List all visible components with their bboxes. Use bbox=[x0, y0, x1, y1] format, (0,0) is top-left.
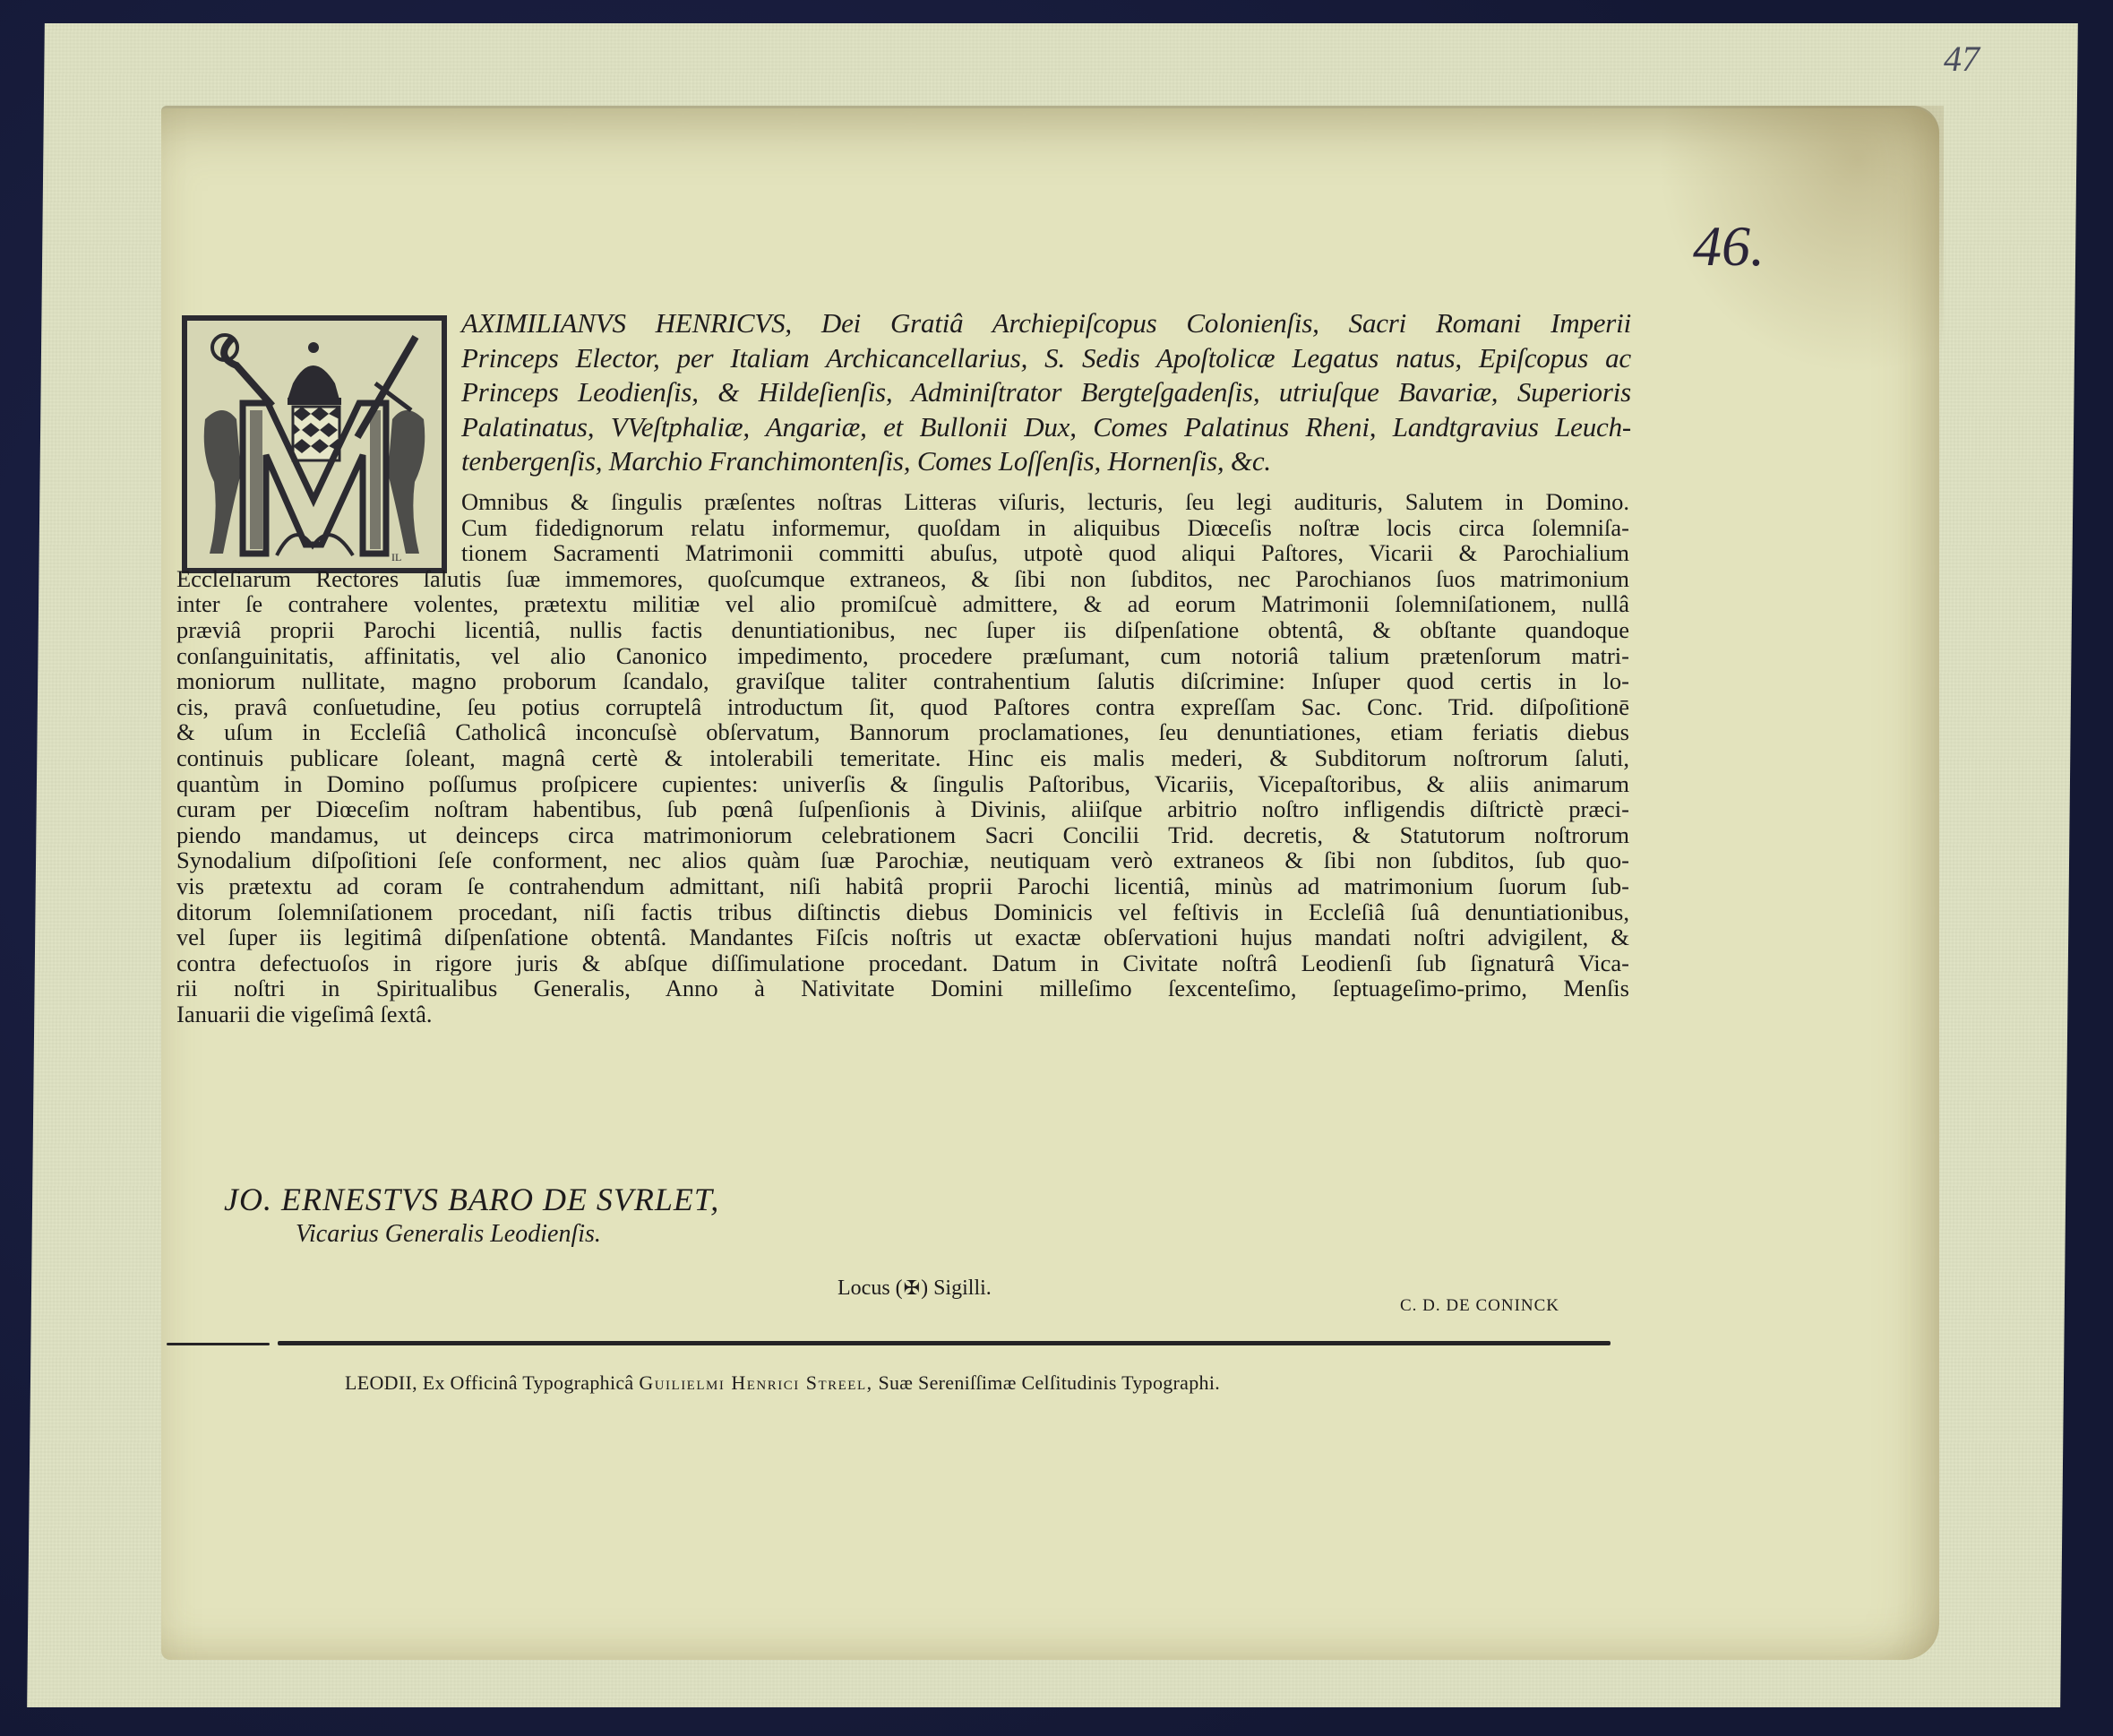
body-line: moniorum nullitate, magno proborum ſcand… bbox=[176, 668, 1629, 694]
ink-folio-number: 46. bbox=[1693, 213, 1765, 279]
heading-line: Princeps Elector, per Italiam Archicance… bbox=[461, 341, 1631, 376]
body-line: piendo mandamus, ut deinceps circa matri… bbox=[176, 822, 1629, 848]
heading-line: Palatinatus, VVeſtphaliæ, Angariæ, et Bu… bbox=[461, 410, 1631, 445]
printer-imprint: LEODII, Ex Officinâ Typographicâ Guiliel… bbox=[345, 1371, 1220, 1395]
divider-rule-short bbox=[167, 1343, 270, 1345]
body-line: conſanguinitatis, affinitatis, vel alio … bbox=[176, 643, 1629, 669]
cross-icon: ✠ bbox=[904, 1276, 920, 1300]
divider-rule bbox=[278, 1341, 1611, 1345]
body-line: vel ſuper iis legitimâ diſpenſatione obt… bbox=[176, 924, 1629, 950]
heading-line: AXIMILIANVS HENRICVS, Dei Gratiâ Archiep… bbox=[461, 306, 1631, 341]
body-line: continuis publicare ſoleant, magnâ certè… bbox=[176, 745, 1629, 771]
body-line: ditorum ſolemniſationem procedant, niſi … bbox=[176, 899, 1629, 925]
seal-place: Locus (✠) Sigilli. bbox=[837, 1276, 992, 1301]
body-line: cis, pravâ conſuetudine, ſeu potius corr… bbox=[176, 694, 1629, 720]
seal-text-before: Locus ( bbox=[837, 1276, 903, 1300]
body-line: vis prætextu ad coram ſe contrahendum ad… bbox=[176, 873, 1629, 899]
body-line: præviâ proprii Parochi licentiâ, nullis … bbox=[176, 617, 1629, 643]
body-line: Cum fidedignorum relatu informemur, quoſ… bbox=[461, 515, 1629, 541]
pencil-folio-number: 47 bbox=[1944, 38, 1980, 80]
signature-block: JO. ERNESTVS BARO DE SVRLET, Vicarius Ge… bbox=[224, 1181, 719, 1249]
body-line: curam per Diœceſim noſtram habentibus, ſ… bbox=[176, 796, 1629, 822]
body-line: tionem Sacramenti Matrimonii committi ab… bbox=[461, 540, 1629, 566]
imprint-place: LEODII, bbox=[345, 1371, 417, 1394]
heading-line: tenbergenſis, Marchio Franchimontenſis, … bbox=[461, 444, 1631, 479]
imprint-printer: Guilielmi Henrici Streel, bbox=[639, 1371, 872, 1394]
body-line: & uſum in Eccleſiâ Catholicâ inconcuſsè … bbox=[176, 719, 1629, 745]
imprint-text-a: Ex Officinâ Typographicâ bbox=[423, 1371, 634, 1394]
body-line: contra defectuoſos in rigore juris & abſ… bbox=[176, 950, 1629, 976]
countersignature: C. D. DE CONINCK bbox=[1400, 1296, 1559, 1316]
body-line: Eccleſiarum Rectores ſalutis ſuæ immemor… bbox=[176, 566, 1629, 592]
imprint-text-b: Suæ Sereniſſimæ Celſitudinis Typographi. bbox=[878, 1371, 1220, 1394]
body-line: Ianuarii die vigeſimâ ſextâ. bbox=[176, 1001, 1629, 1027]
body-line: quantùm in Domino poſſumus proſpicere cu… bbox=[176, 771, 1629, 797]
heading-line: Princeps Leodienſis, & Hildeſienſis, Adm… bbox=[461, 375, 1631, 410]
body-line: Omnibus & ſingulis præſentes noſtras Lit… bbox=[461, 489, 1629, 515]
seal-text-after: ) Sigilli. bbox=[921, 1276, 992, 1300]
body-line: rii noſtri in Spiritualibus Generalis, A… bbox=[176, 975, 1629, 1001]
signatory-name: JO. ERNESTVS BARO DE SVRLET, bbox=[224, 1181, 719, 1218]
mandate-body: Omnibus & ſingulis præſentes noſtras Lit… bbox=[176, 489, 1629, 1027]
body-line: Synodalium diſpoſitioni ſeſe conforment,… bbox=[176, 847, 1629, 873]
body-line: inter ſe contrahere volentes, prætextu m… bbox=[176, 591, 1629, 617]
title-heading: AXIMILIANVS HENRICVS, Dei Gratiâ Archiep… bbox=[461, 306, 1631, 479]
signatory-title: Vicarius Generalis Leodienſis. bbox=[296, 1220, 719, 1249]
